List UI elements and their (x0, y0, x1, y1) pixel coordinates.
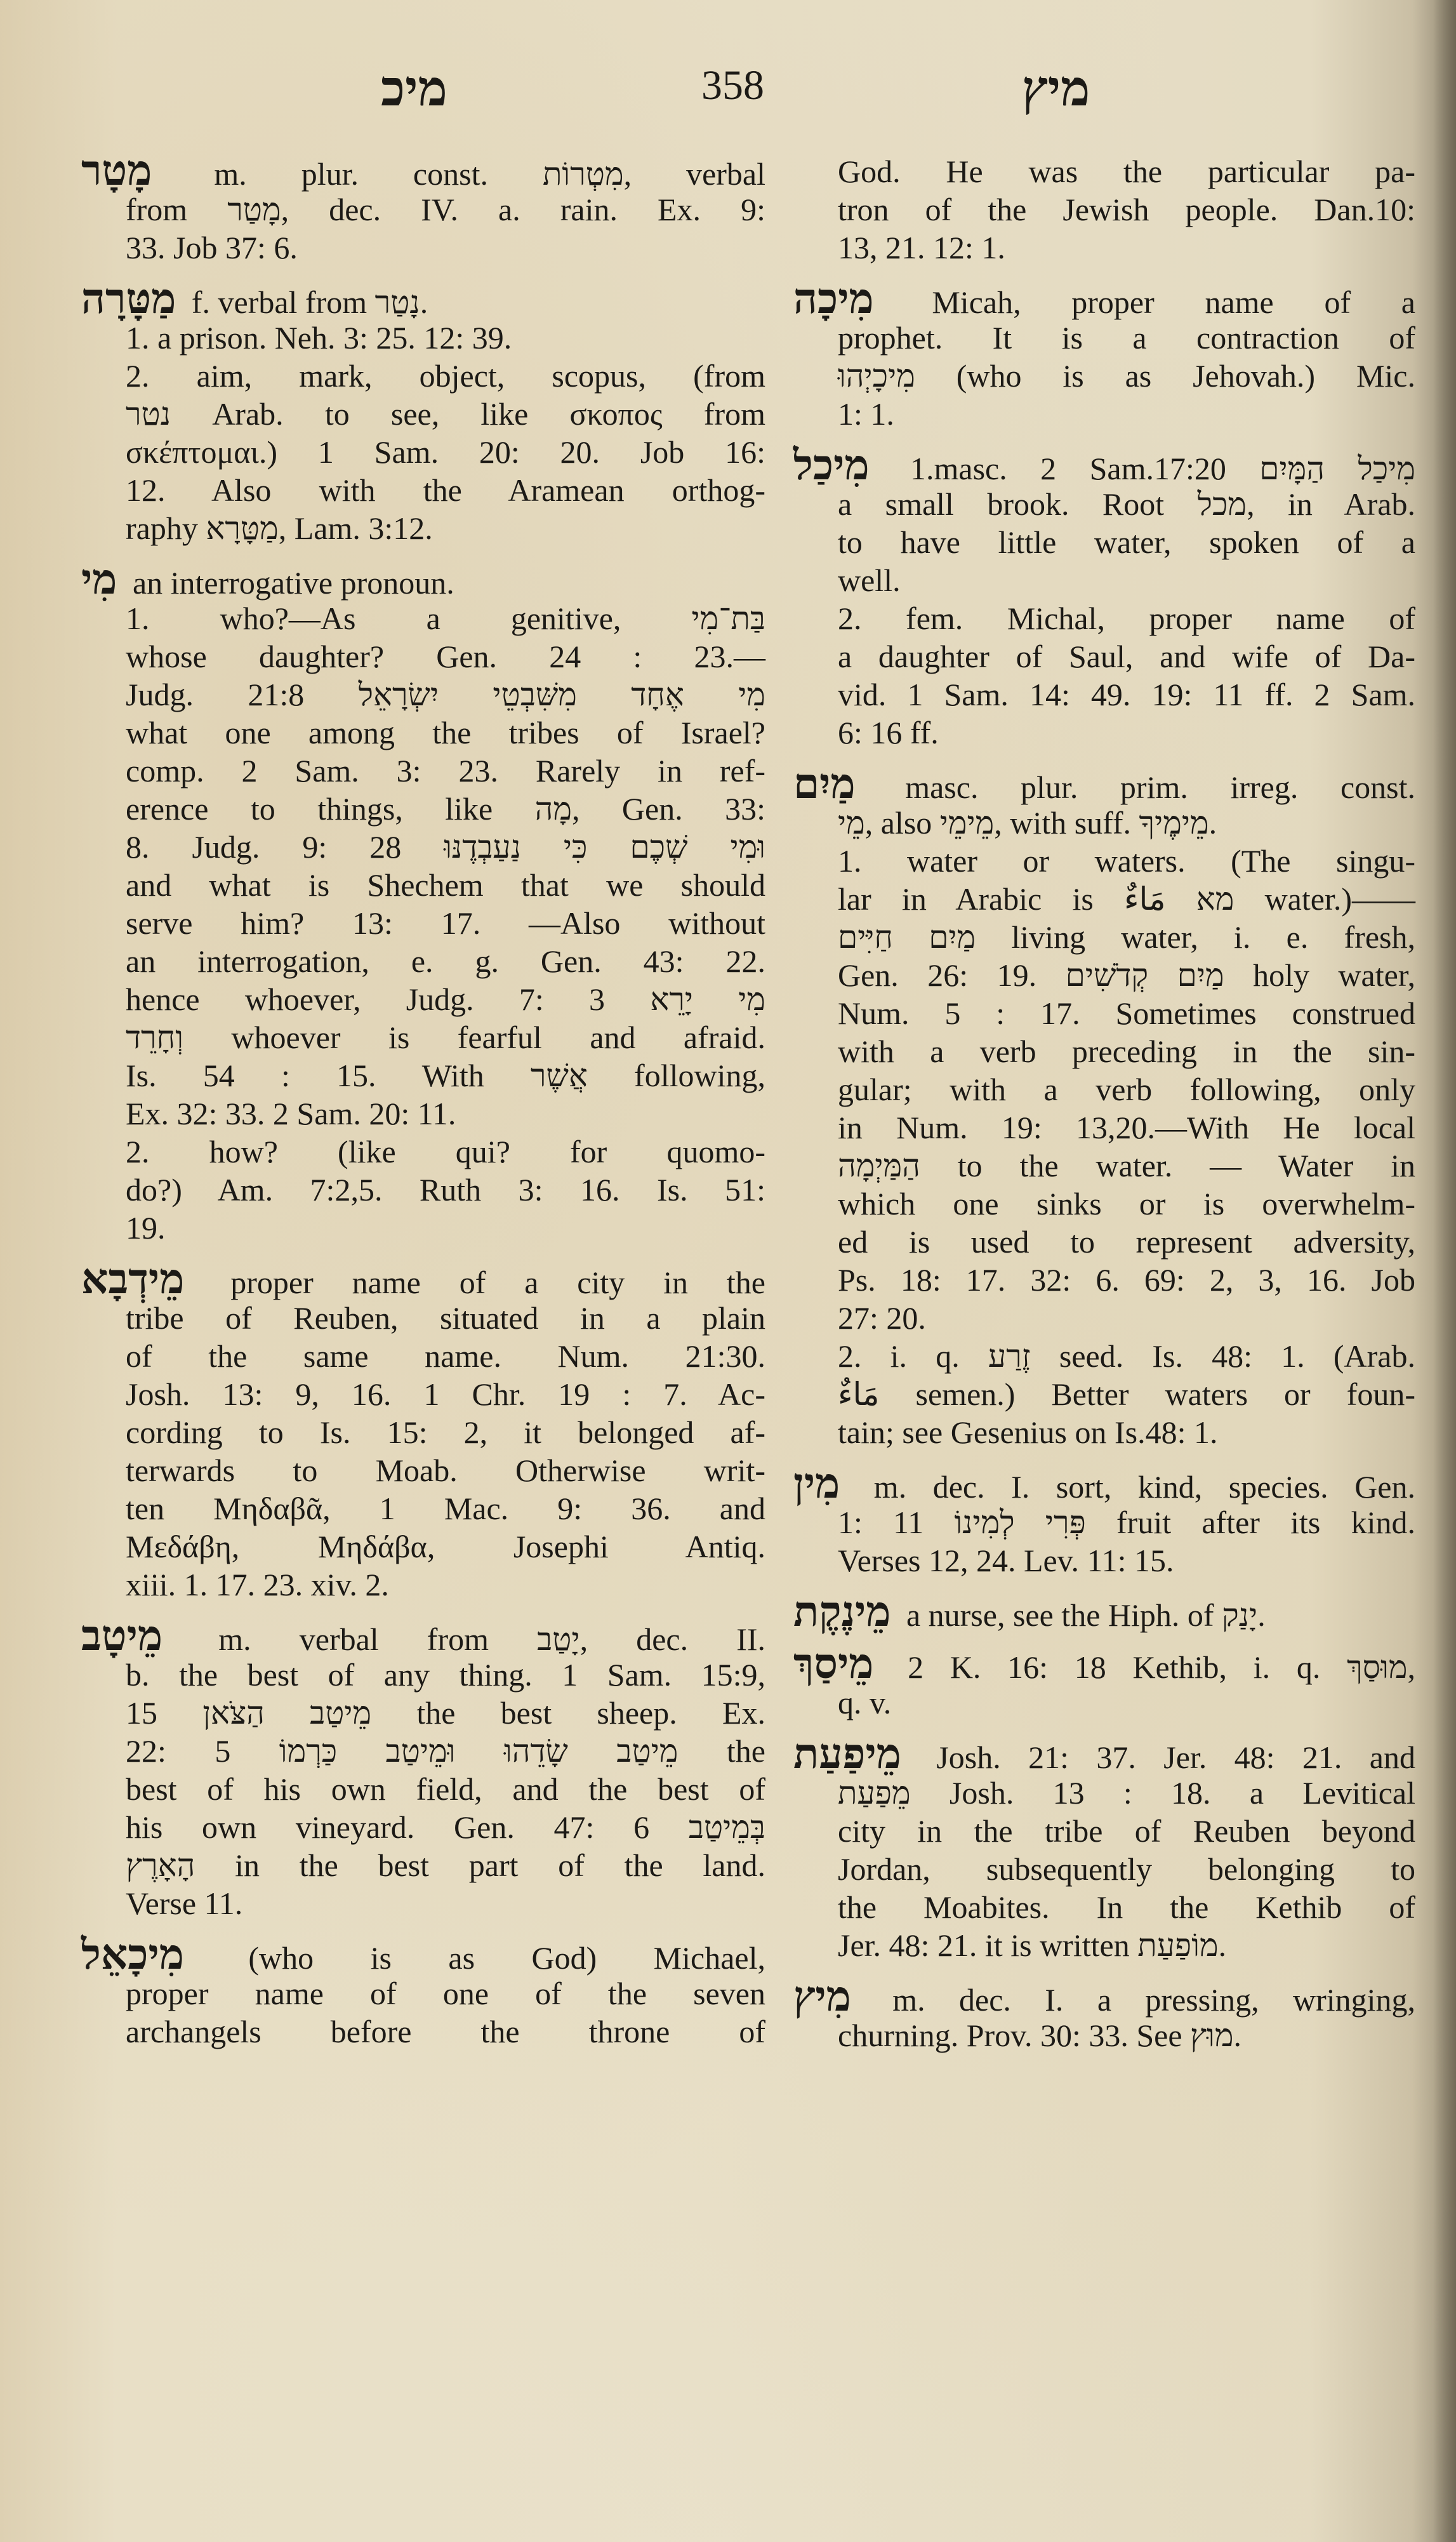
entry-line: Is. 54 : 15. With אֲשֶׁר following, (81, 1056, 765, 1095)
line-text: and what is Shechem that we should (126, 867, 765, 903)
entry-headline: מֵיפַעַת Josh. 21: 37. Jer. 48: 21. and (793, 1736, 1415, 1774)
line-text: מִיכָיְהוּ (who is as Jehovah.) Mic. (838, 358, 1415, 394)
line-text: 12. Also with the Aramean orthog- (126, 472, 765, 508)
line-text: proper name of one of the seven (126, 1976, 765, 2011)
line-text: of the same name. Num. 21:30. (126, 1338, 765, 1374)
line-text: Jordan, subsequently belonging to (838, 1851, 1415, 1887)
headword: מַטָּרָה (81, 276, 176, 323)
line-text: נטר Arab. to see, like σκοπος from (126, 396, 765, 432)
line-text: 2. aim, mark, object, scopus, (from (126, 358, 765, 394)
entry-gap (81, 1604, 765, 1618)
entry-line: b. the best of any thing. 1 Sam. 15:9, (81, 1656, 765, 1694)
entry-line: Gen. 26: 19. מַיִם קְדֹשִׁים holy water, (793, 956, 1415, 994)
entry-line: tron of the Jewish people. Dan.10: (793, 190, 1415, 229)
line-text: b. the best of any thing. 1 Sam. 15:9, (126, 1657, 765, 1693)
line-text: m. plur. const. מִטְרוֹת, verbal (159, 156, 765, 192)
line-text: lar in Arabic is מא مَاءٌ water.)—— (838, 881, 1415, 917)
line-text: comp. 2 Sam. 3: 23. Rarely in ref- (126, 753, 765, 789)
entry-line: مَاءٌ semen.) Better waters or foun- (793, 1375, 1415, 1413)
line-text: m. dec. I. a pressing, wringing, (859, 1982, 1415, 2018)
entry-headline: מִיץ m. dec. I. a pressing, wringing, (793, 1978, 1415, 2016)
line-text: terwards to Moab. Otherwise writ- (126, 1453, 765, 1488)
entry-line: Μεδάβη, Μηδάβα, Josephi Antiq. (81, 1527, 765, 1566)
headword: מֵינֶקֶת (793, 1589, 890, 1635)
line-text: Jer. 48: 21. it is written מוֹפַעַת. (838, 1927, 1226, 1963)
line-text: tribe of Reuben, situated in a plain (126, 1300, 765, 1336)
line-text: σκέπτομαι.) 1 Sam. 20: 20. Job 16: (126, 434, 765, 470)
entry-line: of the same name. Num. 21:30. (81, 1337, 765, 1375)
entry-line: city in the tribe of Reuben beyond (793, 1812, 1415, 1850)
line-text: Judg. 21:8 מִי אֶחָד מִשִּׁבְטֵי יִשְׂרָ… (126, 677, 765, 712)
entry-line: 13, 21. 12: 1. (793, 229, 1415, 267)
entry-headline: מֵיטָב m. verbal from יָטַב, dec. II. (81, 1618, 765, 1656)
line-text: vid. 1 Sam. 14: 49. 19: 11 ff. 2 Sam. (838, 677, 1415, 712)
line-text: serve him? 13: 17. —Also without (126, 905, 765, 941)
entry-line: and what is Shechem that we should (81, 866, 765, 904)
entry-line: 12. Also with the Aramean orthog- (81, 471, 765, 509)
entry-line: מַיִם חַיִּים living water, i. e. fresh, (793, 918, 1415, 956)
line-text: 8. Judg. 9: 28 וּמִי שְׁכֶם כִּי נַעַבְד… (126, 829, 765, 865)
entry-line: Verse 11. (81, 1884, 765, 1922)
entry-line: with a verb preceding in the sin- (793, 1032, 1415, 1070)
line-text: مَاءٌ semen.) Better waters or foun- (838, 1376, 1415, 1412)
entry-gap (81, 547, 765, 561)
line-text: his own vineyard. Gen. 47: 6 בְּמֵיטַב (126, 1809, 765, 1845)
page-header: מיכ 358 מיץ (0, 60, 1456, 130)
line-text: the Moabites. In the Kethib of (838, 1889, 1415, 1925)
line-text: ed is used to represent adversity, (838, 1224, 1415, 1260)
line-text: 1. a prison. Neh. 3: 25. 12: 39. (126, 320, 512, 356)
line-text: 19. (126, 1210, 166, 1246)
headword: מִי (81, 557, 117, 603)
entry-line: serve him? 13: 17. —Also without (81, 904, 765, 942)
line-text: best of his own field, and the best of (126, 1771, 765, 1807)
entry-line: a daughter of Saul, and wife of Da- (793, 637, 1415, 675)
entry-line: 22: 5 מֵיטַב שָׂדֵהוּ וּמֵיטַב כַּרְמוֹ … (81, 1732, 765, 1770)
headword: מֵיטָב (81, 1613, 162, 1660)
line-text: what one among the tribes of Israel? (126, 715, 765, 750)
entry-line: Jer. 48: 21. it is written מוֹפַעַת. (793, 1926, 1415, 1964)
entry-line: proper name of one of the seven (81, 1974, 765, 2013)
entry-headline: מַטָּרָה f. verbal from נָטַר. (81, 281, 765, 319)
entry-line: 8. Judg. 9: 28 וּמִי שְׁכֶם כִּי נַעַבְד… (81, 828, 765, 866)
line-text: m. verbal from יָטַב, dec. II. (170, 1621, 765, 1657)
headword: מִיכָאֵל (81, 1932, 184, 1978)
entry-line: ten Μηδαβᾶ, 1 Mac. 9: 36. and (81, 1489, 765, 1527)
line-text: 15 מֵיטַב הַצֹּאן the best sheep. Ex. (126, 1695, 765, 1731)
entry-line: comp. 2 Sam. 3: 23. Rarely in ref- (81, 752, 765, 790)
right-column: God. He was the particular pa-tron of th… (793, 152, 1415, 2054)
entry-gap (81, 267, 765, 281)
line-text: Verse 11. (126, 1886, 242, 1921)
line-text: מַיִם חַיִּים living water, i. e. fresh, (838, 919, 1415, 955)
entry-headline: מִי an interrogative pronoun. (81, 561, 765, 599)
line-text: 1: 1. (838, 396, 894, 432)
line-text: whose daughter? Gen. 24 : 23.— (126, 639, 765, 674)
headword: מַיִם (793, 761, 856, 808)
line-text: מֵפַעַת Josh. 13 : 18. a Levitical (838, 1775, 1415, 1811)
line-text: cording to Is. 15: 2, it belonged af- (126, 1414, 765, 1450)
entry-line: 1. a prison. Neh. 3: 25. 12: 39. (81, 319, 765, 357)
line-text: prophet. It is a contraction of (838, 320, 1415, 356)
entry-headline: מָטָר m. plur. const. מִטְרוֹת, verbal (81, 152, 765, 190)
entry-gap (793, 752, 1415, 766)
entry-line: 19. (81, 1209, 765, 1247)
entry-line: 2. how? (like qui? for quomo- (81, 1133, 765, 1171)
line-text: 33. Job 37: 6. (126, 230, 298, 265)
book-spine-shadow (1433, 0, 1456, 2542)
line-text: Is. 54 : 15. With אֲשֶׁר following, (126, 1058, 765, 1093)
entry-line: what one among the tribes of Israel? (81, 714, 765, 752)
entry-line: Judg. 21:8 מִי אֶחָד מִשִּׁבְטֵי יִשְׂרָ… (81, 675, 765, 714)
entry-line: tain; see Gesenius on Is.48: 1. (793, 1413, 1415, 1451)
line-text: raphy מַטָּרָא, Lam. 3:12. (126, 510, 433, 546)
entry-line: Num. 5 : 17. Sometimes construed (793, 994, 1415, 1032)
headword: מֵידְבָא (81, 1256, 184, 1303)
entry-line: do?) Am. 7:2,5. Ruth 3: 16. Is. 51: (81, 1171, 765, 1209)
entry-line: 6: 16 ff. (793, 714, 1415, 752)
entry-line: מִיכָיְהוּ (who is as Jehovah.) Mic. (793, 357, 1415, 395)
line-text: Josh. 13: 9, 16. 1 Chr. 19 : 7. Ac- (126, 1376, 765, 1412)
left-column: מָטָר m. plur. const. מִטְרוֹת, verbalfr… (81, 152, 765, 2051)
line-text: הָאָרֶץ in the best part of the land. (126, 1847, 765, 1883)
entry-gap (793, 433, 1415, 447)
entry-line: Jordan, subsequently belonging to (793, 1850, 1415, 1888)
entry-line: Verses 12, 24. Lev. 11: 15. (793, 1541, 1415, 1580)
line-text: an interrogation, e. g. Gen. 43: 22. (126, 943, 765, 979)
entry-line: which one sinks or is overwhelm- (793, 1185, 1415, 1223)
left-guide-word: מיכ (381, 60, 447, 117)
line-text: 2. fem. Michal, proper name of (838, 601, 1415, 636)
dictionary-page: מיכ 358 מיץ מָטָר m. plur. const. מִטְרו… (0, 0, 1456, 2542)
entry-line: vid. 1 Sam. 14: 49. 19: 11 ff. 2 Sam. (793, 675, 1415, 714)
line-text: מֵי, also מֵימֵי, with suff. מֵימֶיךָ. (838, 805, 1217, 841)
entry-line: a small brook. Root מכל, in Arab. (793, 485, 1415, 523)
line-text: to have little water, spoken of a (838, 524, 1415, 560)
headword: מִיכָה (793, 276, 874, 323)
entry-line: 27: 20. (793, 1299, 1415, 1337)
entry-line: tribe of Reuben, situated in a plain (81, 1299, 765, 1337)
line-text: which one sinks or is overwhelm- (838, 1186, 1415, 1221)
line-text: 2. how? (like qui? for quomo- (126, 1134, 765, 1169)
entry-line: to have little water, spoken of a (793, 523, 1415, 561)
line-text: Num. 5 : 17. Sometimes construed (838, 995, 1415, 1031)
entry-line: q. v. (793, 1684, 1415, 1722)
entry-line: from מָטַר, dec. IV. a. rain. Ex. 9: (81, 190, 765, 229)
line-text: Ex. 32: 33. 2 Sam. 20: 11. (126, 1096, 456, 1131)
headword: מֵיפַעַת (793, 1731, 901, 1778)
line-text: city in the tribe of Reuben beyond (838, 1813, 1415, 1849)
entry-line: וְחָרֵד whoever is fearful and afraid. (81, 1018, 765, 1056)
entry-line: hence whoever, Judg. 7: 3 מִי יָרֵא (81, 980, 765, 1018)
entry-line: terwards to Moab. Otherwise writ- (81, 1451, 765, 1489)
entry-line: archangels before the throne of (81, 2013, 765, 2051)
entry-line: best of his own field, and the best of (81, 1770, 765, 1808)
entry-line: God. He was the particular pa- (793, 152, 1415, 190)
entry-line: 33. Job 37: 6. (81, 229, 765, 267)
entry-headline: מִיכָה Micah, proper name of a (793, 281, 1415, 319)
entry-line: מֵי, also מֵימֵי, with suff. מֵימֶיךָ. (793, 804, 1415, 842)
entry-line: Ps. 18: 17. 32: 6. 69: 2, 3, 16. Job (793, 1261, 1415, 1299)
entry-headline: מִין m. dec. I. sort, kind, species. Gen… (793, 1465, 1415, 1503)
entry-line: erence to things, like מָה, Gen. 33: (81, 790, 765, 828)
line-text: well. (838, 562, 901, 598)
line-text: God. He was the particular pa- (838, 154, 1415, 189)
entry-headline: מִיכַל 1.masc. 2 Sam.17:20 מִיכַל הַמָּי… (793, 447, 1415, 485)
line-text: הַמַּיְמָה to the water. — Water in (838, 1148, 1415, 1183)
line-text: 6: 16 ff. (838, 715, 939, 750)
line-text: 27: 20. (838, 1300, 926, 1336)
entry-line: 2. i. q. זֶרַע seed. Is. 48: 1. (Arab. (793, 1337, 1415, 1375)
line-text: from מָטַר, dec. IV. a. rain. Ex. 9: (126, 192, 765, 227)
headword: מָטָר (81, 148, 152, 194)
line-text: 1.masc. 2 Sam.17:20 מִיכַל הַמָּיִם (877, 451, 1415, 486)
entry-line: ed is used to represent adversity, (793, 1223, 1415, 1261)
entry-line: 1: 1. (793, 395, 1415, 433)
entry-line: 2. aim, mark, object, scopus, (from (81, 357, 765, 395)
entry-line: the Moabites. In the Kethib of (793, 1888, 1415, 1926)
entry-line: in Num. 19: 13,20.—With He local (793, 1108, 1415, 1147)
entry-line: σκέπτομαι.) 1 Sam. 20: 20. Job 16: (81, 433, 765, 471)
entry-headline: מִיכָאֵל (who is as God) Michael, (81, 1936, 765, 1974)
entry-line: נטר Arab. to see, like σκοπος from (81, 395, 765, 433)
line-text: 2 K. 16: 18 Kethib, i. q. מוּסַךְ, (881, 1649, 1415, 1685)
entry-line: xiii. 1. 17. 23. xiv. 2. (81, 1566, 765, 1604)
entry-line: whose daughter? Gen. 24 : 23.— (81, 637, 765, 675)
line-text: tain; see Gesenius on Is.48: 1. (838, 1414, 1218, 1450)
entry-headline: מֵיסַךְ 2 K. 16: 18 Kethib, i. q. מוּסַך… (793, 1646, 1415, 1684)
line-text: erence to things, like מָה, Gen. 33: (126, 791, 765, 827)
line-text: xiii. 1. 17. 23. xiv. 2. (126, 1567, 389, 1602)
line-text: 1: 11 פְּרִי לְמִינוֹ fruit after its ki… (838, 1505, 1415, 1540)
line-text: f. verbal from נָטַר. (183, 284, 428, 320)
line-text: Gen. 26: 19. מַיִם קְדֹשִׁים holy water, (838, 957, 1415, 993)
line-text: m. dec. I. sort, kind, species. Gen. (847, 1469, 1415, 1505)
line-text: 22: 5 מֵיטַב שָׂדֵהוּ וּמֵיטַב כַּרְמוֹ … (126, 1733, 765, 1769)
entry-headline: מֵידְבָא proper name of a city in the (81, 1261, 765, 1299)
headword: מִיץ (793, 1974, 851, 2020)
entry-gap (793, 267, 1415, 281)
entry-line: Ex. 32: 33. 2 Sam. 20: 11. (81, 1095, 765, 1133)
line-text: וְחָרֵד whoever is fearful and afraid. (126, 1020, 765, 1055)
entry-line: 15 מֵיטַב הַצֹּאן the best sheep. Ex. (81, 1694, 765, 1732)
line-text: tron of the Jewish people. Dan.10: (838, 192, 1415, 227)
entry-line: Josh. 13: 9, 16. 1 Chr. 19 : 7. Ac- (81, 1375, 765, 1413)
entry-line: prophet. It is a contraction of (793, 319, 1415, 357)
entry-gap (793, 1451, 1415, 1465)
headword: מִיכַל (793, 443, 870, 489)
line-text: ten Μηδαβᾶ, 1 Mac. 9: 36. and (126, 1491, 765, 1526)
line-text: masc. plur. prim. irreg. const. (863, 769, 1415, 805)
headword: מִין (793, 1461, 840, 1507)
line-text: archangels before the throne of (126, 2014, 765, 2049)
entry-line: 1: 11 פְּרִי לְמִינוֹ fruit after its ki… (793, 1503, 1415, 1541)
right-guide-word: מיץ (1022, 60, 1090, 117)
line-text: (who is as God) Michael, (192, 1940, 765, 1976)
line-text: Ps. 18: 17. 32: 6. 69: 2, 3, 16. Job (838, 1262, 1415, 1298)
line-text: with a verb preceding in the sin- (838, 1034, 1415, 1069)
entry-line: raphy מַטָּרָא, Lam. 3:12. (81, 509, 765, 547)
line-text: do?) Am. 7:2,5. Ruth 3: 16. Is. 51: (126, 1172, 765, 1208)
line-text: proper name of a city in the (192, 1265, 765, 1300)
headword: מֵיסַךְ (793, 1641, 873, 1687)
entry-line: cording to Is. 15: 2, it belonged af- (81, 1413, 765, 1451)
entry-line: well. (793, 561, 1415, 599)
entry-line: churning. Prov. 30: 33. See מוּץ. (793, 2016, 1415, 2054)
line-text: 1. water or waters. (The singu- (838, 843, 1415, 879)
line-text: gular; with a verb following, only (838, 1072, 1415, 1107)
entry-line: הָאָרֶץ in the best part of the land. (81, 1846, 765, 1884)
entry-headline: מַיִם masc. plur. prim. irreg. const. (793, 766, 1415, 804)
line-text: hence whoever, Judg. 7: 3 מִי יָרֵא (126, 982, 765, 1017)
line-text: in Num. 19: 13,20.—With He local (838, 1110, 1415, 1145)
entry-line: 2. fem. Michal, proper name of (793, 599, 1415, 637)
entry-line: an interrogation, e. g. Gen. 43: 22. (81, 942, 765, 980)
line-text: Μεδάβη, Μηδάβα, Josephi Antiq. (126, 1529, 765, 1564)
line-text: q. v. (838, 1685, 891, 1720)
page-number: 358 (701, 62, 764, 110)
entry-line: gular; with a verb following, only (793, 1070, 1415, 1108)
entry-gap (793, 1964, 1415, 1978)
entry-line: lar in Arabic is מא مَاءٌ water.)—— (793, 880, 1415, 918)
entry-line: הַמַּיְמָה to the water. — Water in (793, 1147, 1415, 1185)
line-text: a small brook. Root מכל, in Arab. (838, 486, 1415, 522)
line-text: Verses 12, 24. Lev. 11: 15. (838, 1543, 1174, 1578)
line-text: an interrogative pronoun. (124, 565, 454, 601)
line-text: a nurse, see the Hiph. of יָנַק. (898, 1597, 1265, 1633)
entry-line: מֵפַעַת Josh. 13 : 18. a Levitical (793, 1774, 1415, 1812)
line-text: Micah, proper name of a (882, 284, 1415, 320)
entry-line: 1. water or waters. (The singu- (793, 842, 1415, 880)
line-text: churning. Prov. 30: 33. See מוּץ. (838, 2018, 1241, 2053)
line-text: a daughter of Saul, and wife of Da- (838, 639, 1415, 674)
entry-headline: מֵינֶקֶת a nurse, see the Hiph. of יָנַק… (793, 1594, 1415, 1632)
line-text: 2. i. q. זֶרַע seed. Is. 48: 1. (Arab. (838, 1338, 1415, 1374)
entry-line: his own vineyard. Gen. 47: 6 בְּמֵיטַב (81, 1808, 765, 1846)
line-text: 13, 21. 12: 1. (838, 230, 1005, 265)
line-text: Josh. 21: 37. Jer. 48: 21. and (909, 1740, 1415, 1775)
line-text: 1. who?—As a genitive, בַּת־מִי (126, 601, 765, 636)
entry-line: 1. who?—As a genitive, בַּת־מִי (81, 599, 765, 637)
